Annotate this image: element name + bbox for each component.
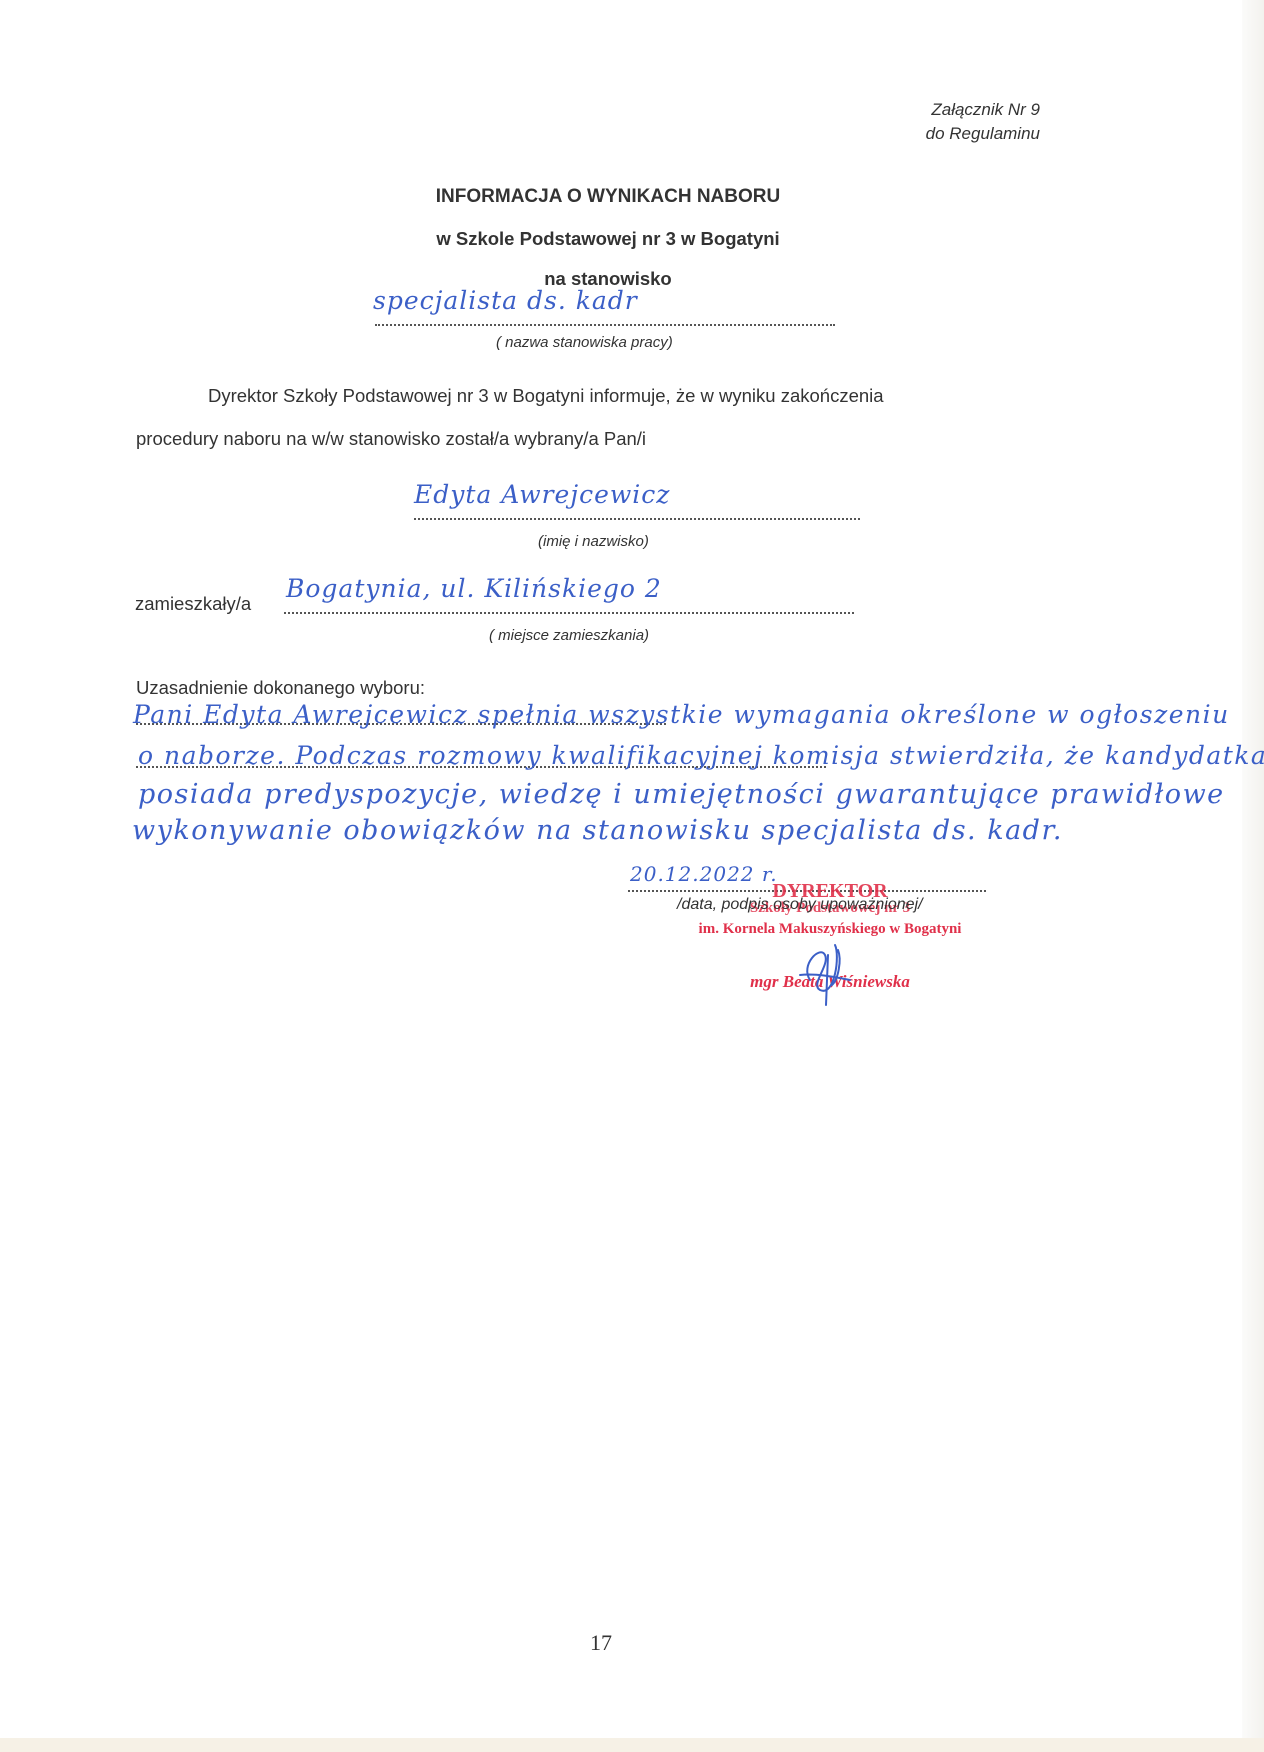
position-field: specjalista ds. kadr	[375, 300, 835, 326]
position-caption: ( nazwa stanowiska pracy)	[496, 334, 673, 351]
residence-caption: ( miejsce zamieszkania)	[489, 627, 649, 644]
signature-scribble	[780, 925, 870, 1025]
annex-number: Załącznik Nr 9	[880, 98, 1040, 122]
signature-caption: /data, podpis osoby upoważnionej/	[677, 896, 923, 914]
intro-line-1: Dyrektor Szkoły Podstawowej nr 3 w Bogat…	[208, 385, 884, 407]
intro-line-2: procedury naboru na w/w stanowisko zosta…	[136, 428, 646, 450]
justification-line-2: o naborze. Podczas rozmowy kwalifikacyjn…	[138, 741, 1264, 770]
position-handwritten: specjalista ds. kadr	[373, 286, 638, 315]
annex-reference: Załącznik Nr 9 do Regulaminu	[880, 98, 1040, 146]
justification-line-4: wykonywanie obowiązków na stanowisku spe…	[132, 815, 1063, 846]
residence-handwritten: Bogatynia, ul. Kilińskiego 2	[286, 574, 662, 603]
justification-line-3: posiada predyspozycje, wiedzę i umiejętn…	[138, 779, 1225, 810]
document-title: INFORMACJA O WYNIKACH NABORU	[0, 186, 1216, 208]
page-number: 17	[590, 1630, 612, 1656]
residence-field: Bogatynia, ul. Kilińskiego 2	[284, 590, 854, 614]
justification-label: Uzasadnienie dokonanego wyboru:	[136, 677, 425, 699]
page-bottom-edge	[0, 1738, 1264, 1752]
residence-label: zamieszkały/a	[135, 593, 251, 615]
justification-line-1: Pani Edyta Awrejcewicz spełnia wszystkie…	[133, 700, 1230, 729]
school-name: w Szkole Podstawowej nr 3 w Bogatyni	[0, 228, 1216, 250]
candidate-field: Edyta Awrejcewicz	[414, 498, 860, 520]
annex-regulation: do Regulaminu	[862, 122, 1040, 146]
page-edge-shadow	[1242, 0, 1264, 1752]
candidate-caption: (imię i nazwisko)	[538, 533, 649, 550]
candidate-name-handwritten: Edyta Awrejcewicz	[414, 480, 670, 509]
